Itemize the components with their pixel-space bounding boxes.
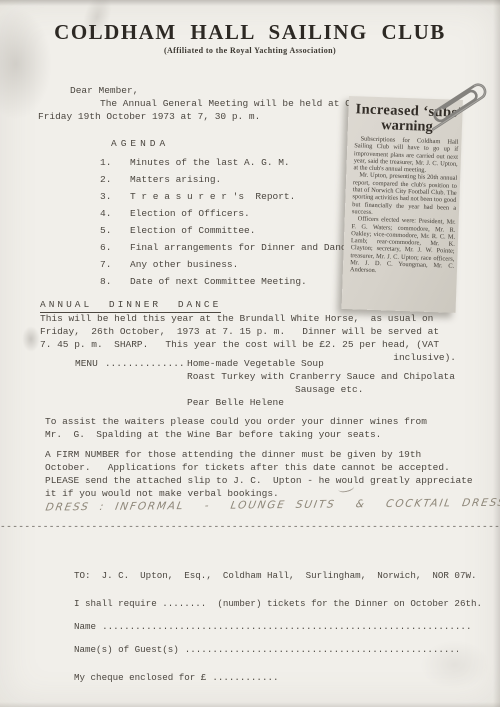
agenda-item-number: 7. [100, 258, 130, 271]
firm-number-paragraph: A FIRM NUMBER for those attending the di… [45, 448, 473, 500]
menu-item: Sausage etc. [187, 383, 455, 396]
agenda-item-text: Final arrangements for Dinner and Dance. [130, 241, 358, 254]
agenda-item: 7.Any other business. [100, 258, 358, 271]
agenda-item-text: Election of Officers. [130, 207, 250, 220]
agenda-list: 1.Minutes of the last A. G. M. 2.Matters… [100, 156, 358, 292]
scan-edge-shadow [0, 0, 500, 6]
agenda-item-text: Minutes of the last A. G. M. [130, 156, 290, 169]
slip-name-dotted-line: ........................................… [102, 620, 470, 633]
scan-edge-shadow [0, 702, 500, 707]
agenda-item: 8.Date of next Committee Meeting. [100, 275, 358, 288]
wine-line: Mr. G. Spalding at the Wine Bar before t… [45, 428, 427, 441]
agenda-item: 2.Matters arising. [100, 173, 358, 186]
scanned-letter-page: COLDHAM HALL SAILING CLUB (Affiliated to… [0, 0, 500, 707]
menu-block: MENU............... Home-made Vegetable … [75, 357, 455, 409]
clipping-paragraph: Officers elected were: President, Mr. F.… [350, 215, 456, 277]
agenda-item-text: Election of Committee. [130, 224, 255, 237]
firm-line: A FIRM NUMBER for those attending the di… [45, 448, 473, 461]
slip-name-label: Name [74, 620, 96, 633]
affiliation-line: (Affiliated to the Royal Yachting Associ… [0, 46, 500, 55]
clipping-paragraph: Mr. Upton, presenting his 20th annual re… [352, 172, 457, 219]
menu-label: MENU [75, 358, 98, 369]
slip-guests-dotted-line: ........................................… [185, 643, 458, 656]
wine-paragraph: To assist the waiters please could you o… [45, 415, 427, 441]
paper-smudge [22, 326, 40, 352]
salutation: Dear Member, [70, 84, 138, 97]
slip-cheque-label: My cheque enclosed for £ [74, 671, 206, 684]
menu-dots: ............... [105, 358, 187, 369]
agenda-item-number: 8. [100, 275, 130, 288]
agenda-item: 5.Election of Committee. [100, 224, 358, 237]
agenda-item-number: 2. [100, 173, 130, 186]
slip-cheque-dotted-line: ............ [212, 671, 278, 684]
slip-to-line: TO: J. C. Upton, Esq., Coldham Hall, Sur… [74, 569, 476, 582]
agenda-heading: AGENDA [111, 137, 169, 150]
slip-cheque-row: My cheque enclosed for £............ [74, 671, 279, 684]
agenda-item-text: Matters arising. [130, 173, 221, 186]
slip-guests-label: Name(s) of Guest(s) [74, 643, 179, 656]
slip-require-line: I shall require ........ (number) ticket… [74, 597, 482, 610]
menu-items: Home-made Vegetable Soup Roast Turkey wi… [187, 357, 455, 409]
tear-off-dashed-line: ----------------------------------------… [0, 520, 500, 533]
agenda-item-text: Date of next Committee Meeting. [130, 275, 307, 288]
menu-item: Home-made Vegetable Soup [187, 357, 455, 370]
paperclip-icon [412, 64, 500, 144]
dinner-line: 7. 45 p. m. SHARP. This year the cost wi… [40, 338, 460, 351]
dinner-line: Friday, 26th October, 1973 at 7. 15 p. m… [40, 325, 460, 338]
agenda-item-text: T r e a s u r e r 's Report. [130, 190, 295, 203]
agenda-item-number: 3. [100, 190, 130, 203]
agenda-item: 1.Minutes of the last A. G. M. [100, 156, 358, 169]
slip-name-row: Name....................................… [74, 620, 470, 633]
agenda-item-number: 6. [100, 241, 130, 254]
agenda-item: 4.Election of Officers. [100, 207, 358, 220]
firm-line: PLEASE send the attached slip to J. C. U… [45, 474, 473, 487]
agenda-item: 3.T r e a s u r e r 's Report. [100, 190, 358, 203]
agenda-item-text: Any other business. [130, 258, 238, 271]
agenda-item-number: 5. [100, 224, 130, 237]
wine-line: To assist the waiters please could you o… [45, 415, 427, 428]
dinner-dance-heading-text: ANNUAL DINNER DANCE [40, 298, 221, 313]
slip-guests-row: Name(s) of Guest(s).....................… [74, 643, 458, 656]
club-title: COLDHAM HALL SAILING CLUB [0, 20, 500, 45]
agenda-item-number: 1. [100, 156, 130, 169]
menu-item: Roast Turkey with Cranberry Sauce and Ch… [187, 370, 455, 383]
dinner-dance-heading: ANNUAL DINNER DANCE [40, 294, 221, 313]
firm-line: October. Applications for tickets after … [45, 461, 473, 474]
agenda-item-number: 4. [100, 207, 130, 220]
dinner-line: This will be held this year at the Brund… [40, 312, 460, 325]
agenda-item: 6.Final arrangements for Dinner and Danc… [100, 241, 358, 254]
menu-item: Pear Belle Helene [187, 396, 455, 409]
menu-label-row: MENU............... [75, 357, 187, 409]
